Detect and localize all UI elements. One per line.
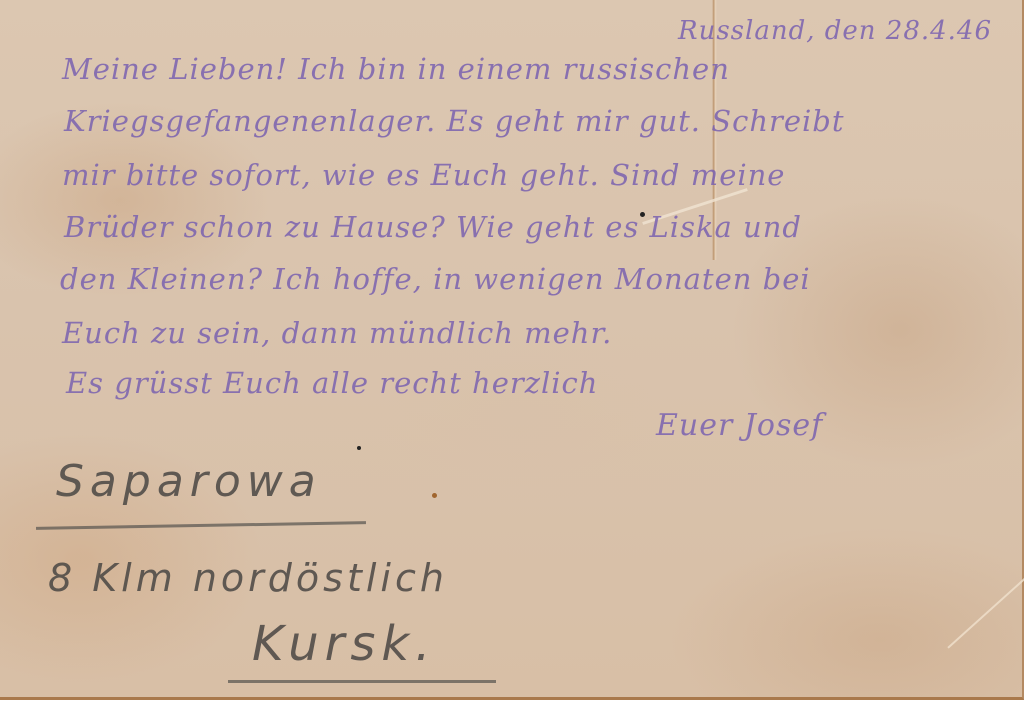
letter-line: Brüder schon zu Hause? Wie geht es Liska… <box>64 210 802 244</box>
letter-line: Es grüsst Euch alle recht herzlich <box>66 366 598 400</box>
letter-line: Kriegsgefangenenlager. Es geht mir gut. … <box>64 104 845 138</box>
letter-line: Meine Lieben! Ich bin in einem russische… <box>62 52 730 86</box>
paper-crease-corner <box>947 553 1024 648</box>
stain-dot <box>432 493 437 498</box>
location-underline <box>36 521 366 530</box>
letter-line: den Kleinen? Ich hoffe, in wenigen Monat… <box>60 262 811 296</box>
pencil-city: Kursk. <box>252 616 436 672</box>
letter-line: Euch zu sein, dann mündlich mehr. <box>62 316 612 350</box>
signature: Euer Josef <box>656 408 823 443</box>
pencil-direction: 8 Klm nordöstlich <box>48 556 448 600</box>
postcard: Russland, den 28.4.46 Meine Lieben! Ich … <box>0 0 1024 700</box>
pencil-location-name: Saparowa <box>56 456 322 507</box>
letter-line: mir bitte sofort, wie es Euch geht. Sind… <box>62 158 785 192</box>
place-date-header: Russland, den 28.4.46 <box>678 16 992 46</box>
ink-dot <box>357 446 361 450</box>
city-underline <box>228 680 496 683</box>
